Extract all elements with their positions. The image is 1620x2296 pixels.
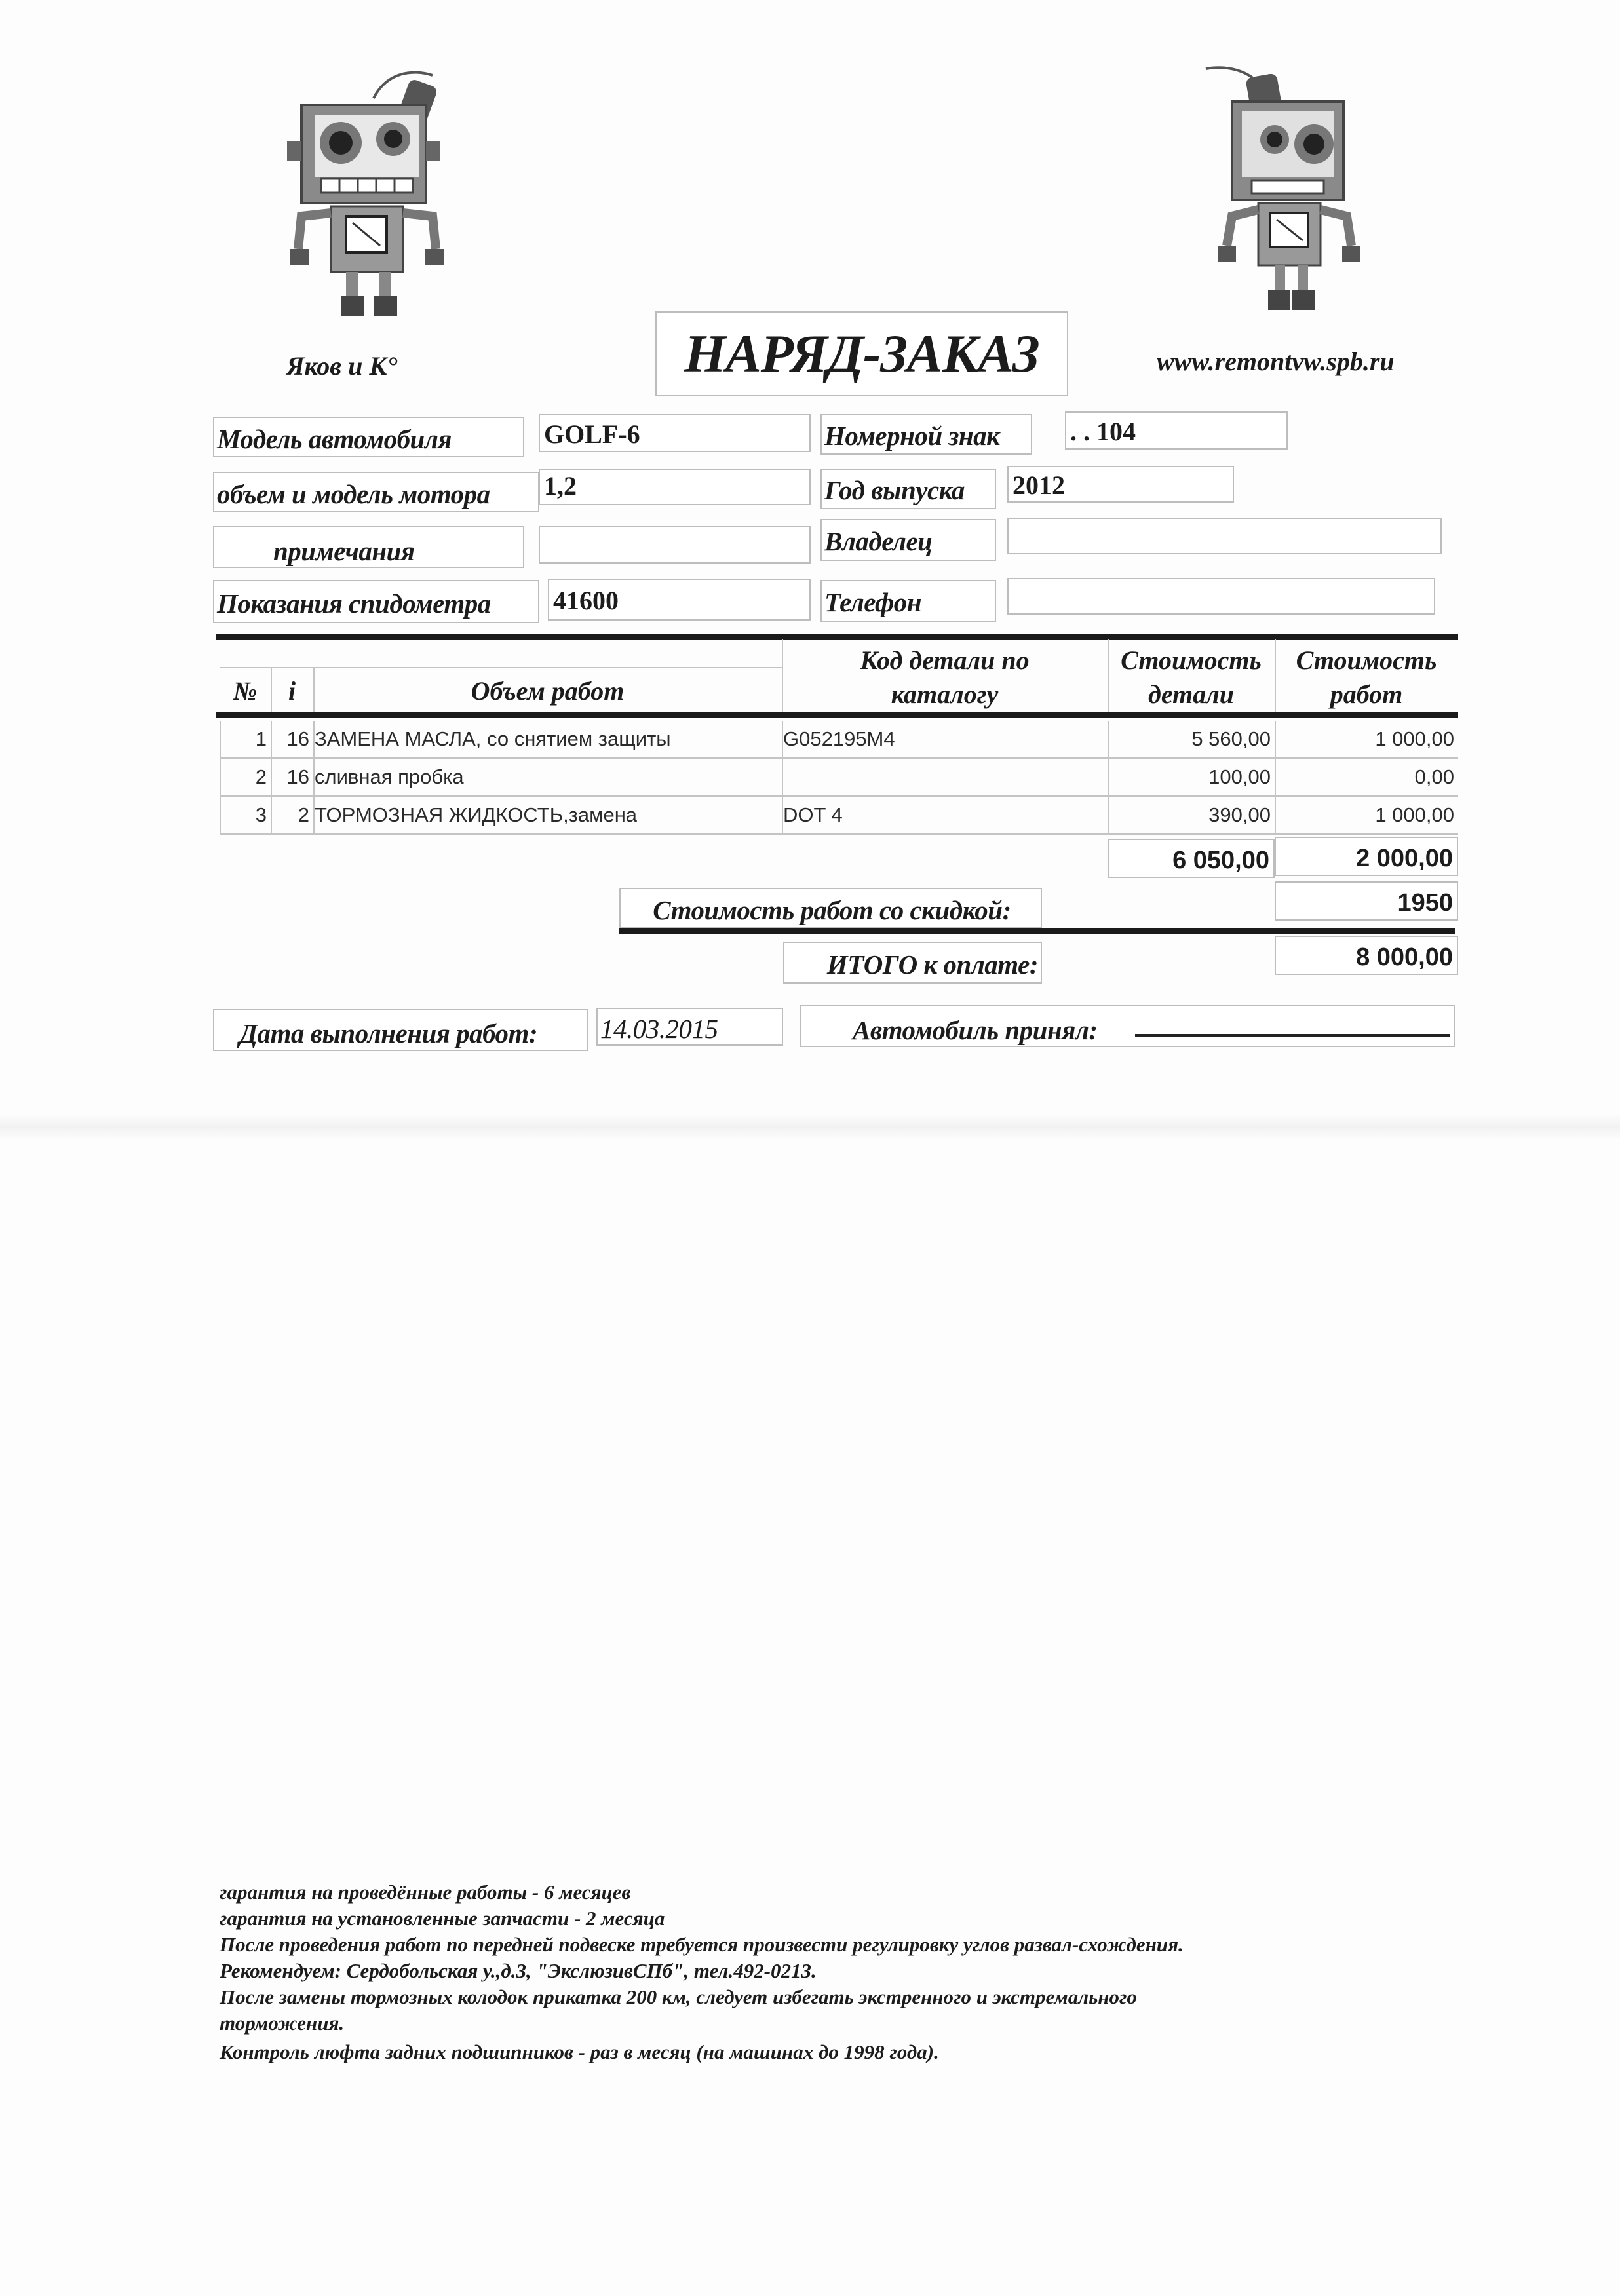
cell-code: DOT 4 — [782, 797, 1108, 835]
col-divider — [1108, 639, 1109, 717]
col-header-labor-cost: Стоимость работ — [1275, 643, 1458, 712]
col-header-parts-cost-line2: детали — [1108, 678, 1275, 712]
table-top-rule — [216, 634, 1458, 640]
cell-work: ТОРМОЗНАЯ ЖИДКОСТЬ,замена — [313, 797, 782, 835]
col-header-parts-cost-line1: Стоимость — [1108, 643, 1275, 678]
footer-note: После проведения работ по передней подве… — [220, 1932, 1465, 1958]
discount-label: Стоимость работ со скидкой: — [619, 888, 1042, 928]
col-header-code: Код детали по каталогу — [782, 643, 1108, 712]
col-divider — [1275, 721, 1276, 835]
robot-logo-icon — [1186, 56, 1383, 318]
website-link[interactable]: www.remontvw.spb.ru — [1157, 346, 1395, 377]
col-header-work: Объем работ — [313, 668, 782, 711]
scan-fold-shade — [0, 1114, 1620, 1140]
col-divider — [1275, 639, 1276, 717]
footer-notes: гарантия на проведённые работы - 6 месяц… — [220, 1879, 1465, 2065]
footer-note: гарантия на проведённые работы - 6 месяц… — [220, 1879, 1465, 1905]
col-divider — [782, 639, 783, 717]
footer-note: торможения. — [220, 2010, 1465, 2037]
accepted-by-box: Автомобиль принял: — [800, 1005, 1455, 1047]
notes-label: примечания — [213, 526, 524, 568]
col-divider — [1108, 721, 1109, 835]
cell-qty: 16 — [271, 759, 313, 797]
cell-work: ЗАМЕНА МАСЛА, со снятием защиты — [313, 721, 782, 759]
phone-label: Телефон — [820, 580, 996, 622]
cell-labor-cost: 1 000,00 — [1275, 797, 1458, 835]
cell-labor-cost: 1 000,00 — [1275, 721, 1458, 759]
col-divider — [220, 721, 221, 835]
engine-field[interactable]: 1,2 — [539, 469, 811, 505]
cell-code — [782, 759, 1108, 797]
total-label: ИТОГО к оплате: — [783, 942, 1042, 984]
col-divider — [313, 721, 315, 835]
cell-labor-cost: 0,00 — [1275, 759, 1458, 797]
completion-date-field[interactable]: 14.03.2015 — [596, 1008, 783, 1046]
col-header-code-line1: Код детали по — [782, 643, 1108, 678]
footer-note: После замены тормозных колодок прикатка … — [220, 1984, 1465, 2010]
cell-parts-cost: 100,00 — [1108, 759, 1275, 797]
cell-num: 3 — [220, 797, 271, 835]
cell-qty: 2 — [271, 797, 313, 835]
col-divider — [313, 667, 315, 713]
total-value: 8 000,00 — [1275, 936, 1458, 975]
cell-work: сливная пробка — [313, 759, 782, 797]
odometer-field[interactable]: 41600 — [548, 579, 811, 621]
year-field[interactable]: 2012 — [1007, 466, 1234, 503]
notes-field[interactable] — [539, 526, 811, 564]
cell-parts-cost: 5 560,00 — [1108, 721, 1275, 759]
cell-code: G052195M4 — [782, 721, 1108, 759]
col-header-code-line2: каталогу — [782, 678, 1108, 712]
phone-field[interactable] — [1007, 578, 1435, 615]
company-name: Яков и К° — [286, 351, 398, 381]
owner-field[interactable] — [1007, 518, 1442, 554]
cell-num: 2 — [220, 759, 271, 797]
odometer-label: Показания спидометра — [213, 580, 539, 623]
model-label: Модель автомобиля — [213, 417, 524, 457]
col-header-num: № — [220, 668, 271, 711]
col-header-qty: i — [271, 668, 313, 711]
summary-rule — [619, 928, 1455, 934]
cell-qty: 16 — [271, 721, 313, 759]
work-order-page: Яков и К° НАРЯД-ЗАКАЗ www.remontvw.spb.r… — [0, 0, 1620, 2296]
accepted-by-label: Автомобиль принял: — [850, 1010, 1098, 1050]
col-divider — [782, 721, 783, 835]
col-divider — [271, 721, 272, 835]
cell-parts-cost: 390,00 — [1108, 797, 1275, 835]
plate-field[interactable]: . . 104 — [1065, 411, 1288, 450]
col-divider — [271, 667, 272, 713]
owner-label: Владелец — [820, 519, 996, 561]
engine-label: объем и модель мотора — [213, 472, 539, 512]
cell-num: 1 — [220, 721, 271, 759]
year-label: Год выпуска — [820, 469, 996, 509]
page-title: НАРЯД-ЗАКАЗ — [655, 311, 1068, 396]
header-divider — [220, 667, 782, 668]
signature-line[interactable] — [1135, 1034, 1450, 1037]
parts-total: 6 050,00 — [1108, 839, 1275, 878]
col-header-labor-cost-line2: работ — [1275, 678, 1458, 712]
col-header-parts-cost: Стоимость детали — [1108, 643, 1275, 712]
table-header-rule — [216, 712, 1458, 718]
completion-date-label: Дата выполнения работ: — [213, 1009, 588, 1051]
footer-note: гарантия на установленные запчасти - 2 м… — [220, 1905, 1465, 1932]
labor-total: 2 000,00 — [1275, 837, 1458, 876]
row-divider — [220, 833, 1458, 835]
footer-note: Рекомендуем: Сердобольская у.,д.3, "Эксл… — [220, 1958, 1465, 1984]
robot-logo-icon — [275, 59, 472, 321]
model-field[interactable]: GOLF-6 — [539, 414, 811, 452]
footer-note: Контроль люфта задних подшипников - раз … — [220, 2039, 1465, 2065]
discount-value: 1950 — [1275, 881, 1458, 921]
plate-label: Номерной знак — [820, 414, 1032, 455]
col-header-labor-cost-line1: Стоимость — [1275, 643, 1458, 678]
